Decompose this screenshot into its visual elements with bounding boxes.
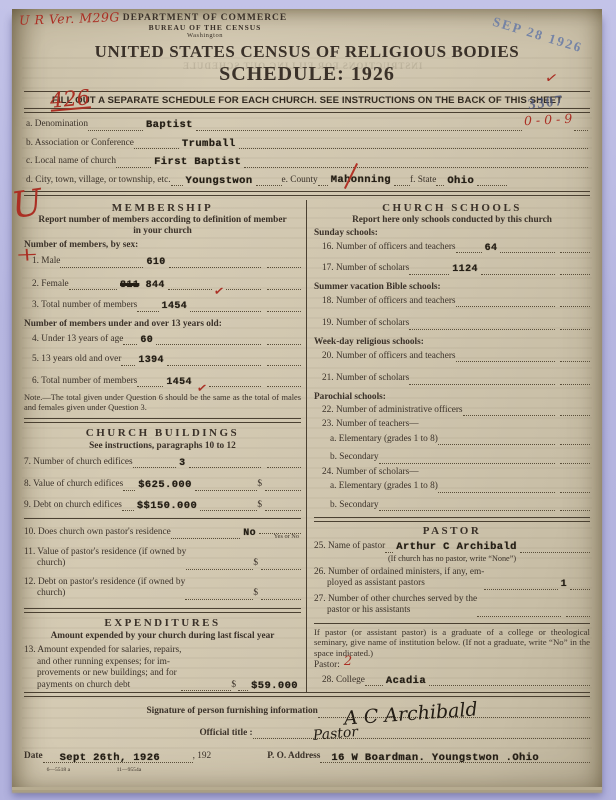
- instruction-banner: FILL OUT A SEPARATE SCHEDULE FOR EACH CH…: [24, 91, 590, 108]
- q6-label: 6. Total number of members: [32, 376, 137, 388]
- washington-line: Washington: [90, 32, 320, 39]
- yes-or-no-hint: Yes or No: [274, 531, 299, 543]
- q13-label: 13. Amount expended for salaries, repair…: [24, 645, 181, 691]
- red-margin-mark-u: U: [10, 185, 45, 225]
- red-tally-number: 426: [49, 85, 91, 112]
- q4-label: 4. Under 13 years of age: [32, 334, 123, 346]
- q11-dollar-sign: $: [253, 558, 258, 570]
- red-margin-mark-plus: +: [16, 243, 39, 269]
- expenditures-subtitle: Amount expended by your church during la…: [24, 631, 301, 642]
- divider-rule: [314, 623, 590, 624]
- association-value: Trumball: [182, 139, 236, 151]
- photo-of-census-form: { "header": { "annotation_red": "U R Ver…: [0, 0, 616, 800]
- buildings-subtitle: See instructions, paragraphs 10 to 12: [24, 441, 301, 452]
- parochial-schools-header: Parochial schools:: [314, 392, 590, 402]
- q22-label: 22. Number of administrative officers: [322, 405, 463, 417]
- signature-label: Signature of person furnishing informati…: [146, 706, 317, 718]
- red-coder-annotation: 0 - 0 - 9: [524, 113, 573, 127]
- expenditures-section-title: EXPENDITURES: [24, 617, 301, 629]
- po-address-value: 16 W Boardman. Youngstwon .Ohio: [331, 753, 539, 765]
- city-value: Youngstwon: [186, 176, 253, 188]
- q27-label: 27. Number of other churches served by t…: [314, 594, 477, 617]
- divider-rule: [24, 191, 590, 196]
- form-code-right: 11—9554a: [117, 765, 142, 777]
- q13-value: $59.000: [251, 681, 298, 693]
- q23-label: 23. Number of teachers—: [322, 419, 419, 431]
- schools-section-title: CHURCH SCHOOLS: [314, 202, 590, 214]
- red-check-icon: ✓: [214, 290, 224, 292]
- church-name-label: c. Local name of church: [26, 156, 116, 168]
- q18-label: 18. Number of officers and teachers: [322, 296, 456, 308]
- q3-label: 3. Total number of members: [32, 300, 137, 312]
- divider-rule: [24, 692, 590, 697]
- county-value: Mahonning: [331, 174, 391, 186]
- q19-label: 19. Number of scholars: [322, 318, 409, 330]
- q4-value: 60: [140, 335, 153, 347]
- q8-value: $625.000: [138, 480, 192, 492]
- age-group-header: Number of members under and over 13 year…: [24, 319, 301, 329]
- official-title-label: Official title :: [199, 728, 252, 740]
- red-pastor-mark: 2: [344, 656, 352, 668]
- sunday-schools-header: Sunday schools:: [314, 228, 590, 238]
- signature-handwriting: A C Archibald: [344, 704, 478, 725]
- department-line: DEPARTMENT OF COMMERCE: [90, 13, 320, 23]
- association-label: b. Association or Conference: [26, 138, 134, 150]
- q5-value: 1394: [138, 355, 164, 367]
- q7-value: 3: [179, 458, 185, 470]
- q2-value: 844: [146, 280, 165, 291]
- q3-value: 1454: [162, 301, 188, 313]
- q6-value: 1454: [166, 377, 192, 389]
- q17-label: 17. Number of scholars: [322, 263, 409, 275]
- q11-label: 11. Value of pastor's residence (if owne…: [24, 547, 186, 570]
- form-columns: MEMBERSHIP Report number of members acco…: [24, 200, 590, 692]
- q13-dollar-sign: $: [231, 680, 236, 692]
- pastor-subheader: Pastor:: [314, 660, 340, 672]
- q16-label: 16. Number of officers and teachers: [322, 242, 456, 254]
- q26-value: 1: [561, 579, 567, 591]
- bureau-line: BUREAU OF THE CENSUS: [90, 23, 320, 32]
- q12-label: 12. Debt on pastor's residence (if owned…: [24, 577, 185, 600]
- q20-label: 20. Number of officers and teachers: [322, 351, 456, 363]
- letterhead: DEPARTMENT OF COMMERCE BUREAU OF THE CEN…: [90, 13, 320, 39]
- q26-label: 26. Number of ordained ministers, if any…: [314, 567, 484, 590]
- buildings-section-title: CHURCH BUILDINGS: [24, 427, 301, 439]
- q9-value: $$150.000: [137, 501, 197, 513]
- q25-label: 25. Name of pastor: [314, 541, 385, 553]
- left-column: MEMBERSHIP Report number of members acco…: [24, 200, 306, 692]
- city-label: d. City, town, village, or township, etc…: [26, 175, 171, 187]
- q8-label: 8. Value of church edifices: [24, 479, 123, 491]
- county-label: e. County: [282, 175, 318, 187]
- summer-schools-header: Summer vacation Bible schools:: [314, 282, 590, 292]
- q12-dollar-sign: $: [253, 588, 258, 600]
- q7-label: 7. Number of church edifices: [24, 457, 133, 469]
- official-title-handwriting: Pastor: [312, 727, 358, 742]
- membership-section-title: MEMBERSHIP: [24, 202, 301, 214]
- q16-value: 64: [485, 243, 498, 255]
- form-subtitle: SCHEDULE: 1926: [24, 63, 590, 86]
- weekday-schools-header: Week-day religious schools:: [314, 337, 590, 347]
- membership-subtitle: Report number of members according to de…: [24, 215, 301, 236]
- form-title: UNITED STATES CENSUS OF RELIGIOUS BODIES: [24, 42, 590, 62]
- q24a-label: a. Elementary (grades 1 to 8): [330, 481, 438, 493]
- schools-subtitle: Report here only schools conducted by th…: [314, 215, 590, 226]
- q25-hint: (If church has no pastor, write “None”): [314, 554, 590, 563]
- date-value: Sept 26th, 1926: [60, 753, 161, 765]
- pastor-section-title: PASTOR: [314, 525, 590, 537]
- graduate-note: If pastor (or assistant pastor) is a gra…: [314, 627, 590, 659]
- census-form-page: INSTRUCTIONS FOR FILLING OUT SCHEDULE U …: [12, 9, 602, 787]
- q24b-label: b. Secondary: [330, 500, 379, 512]
- q2-label: 2. Female: [32, 279, 69, 291]
- state-label: f. State: [410, 175, 436, 187]
- q5-label: 5. 13 years old and over: [32, 354, 121, 366]
- divider-rule: [24, 608, 301, 613]
- form-code-left: 6—5518 a: [47, 765, 70, 777]
- q10-value: No: [243, 528, 256, 540]
- divider-rule: [314, 517, 590, 522]
- q8-dollar-sign: $: [257, 479, 262, 491]
- q21-label: 21. Number of scholars: [322, 373, 409, 385]
- q9-label: 9. Debt on church edifices: [24, 500, 122, 512]
- church-name-value: First Baptist: [154, 157, 241, 169]
- q23b-label: b. Secondary: [330, 452, 379, 464]
- divider-rule: [24, 418, 301, 423]
- divider-rule: [24, 108, 590, 113]
- q25-value: Arthur C Archibald: [396, 542, 517, 554]
- state-value: Ohio: [447, 176, 474, 188]
- red-check-icon: ✓: [197, 387, 207, 389]
- denomination-label: a. Denomination: [26, 119, 88, 131]
- denomination-value: Baptist: [146, 120, 193, 132]
- divider-rule: [24, 518, 301, 519]
- q28-value: Acadia: [386, 676, 426, 688]
- q17-value: 1124: [452, 264, 478, 276]
- q23a-label: a. Elementary (grades 1 to 8): [330, 434, 438, 446]
- q2-struck-value: 811: [120, 280, 139, 291]
- q1-value: 610: [146, 257, 165, 269]
- sex-group-header: Number of members, by sex:: [24, 240, 301, 250]
- q24-label: 24. Number of scholars—: [322, 467, 419, 479]
- membership-note: Note.—The total given under Question 6 s…: [24, 393, 301, 413]
- q28-label: 28. College: [322, 675, 365, 687]
- po-address-label: P. O. Address: [267, 751, 320, 763]
- identification-block: a. Denomination Baptist 0 - 0 - 9 b. Ass…: [26, 119, 588, 186]
- date-label: Date: [24, 751, 43, 763]
- q10-label: 10. Does church own pastor's residence: [24, 527, 171, 539]
- q9-dollar-sign: $: [257, 500, 262, 512]
- right-column: CHURCH SCHOOLS Report here only schools …: [307, 200, 590, 692]
- printed-year-fragment: , 192: [193, 751, 212, 763]
